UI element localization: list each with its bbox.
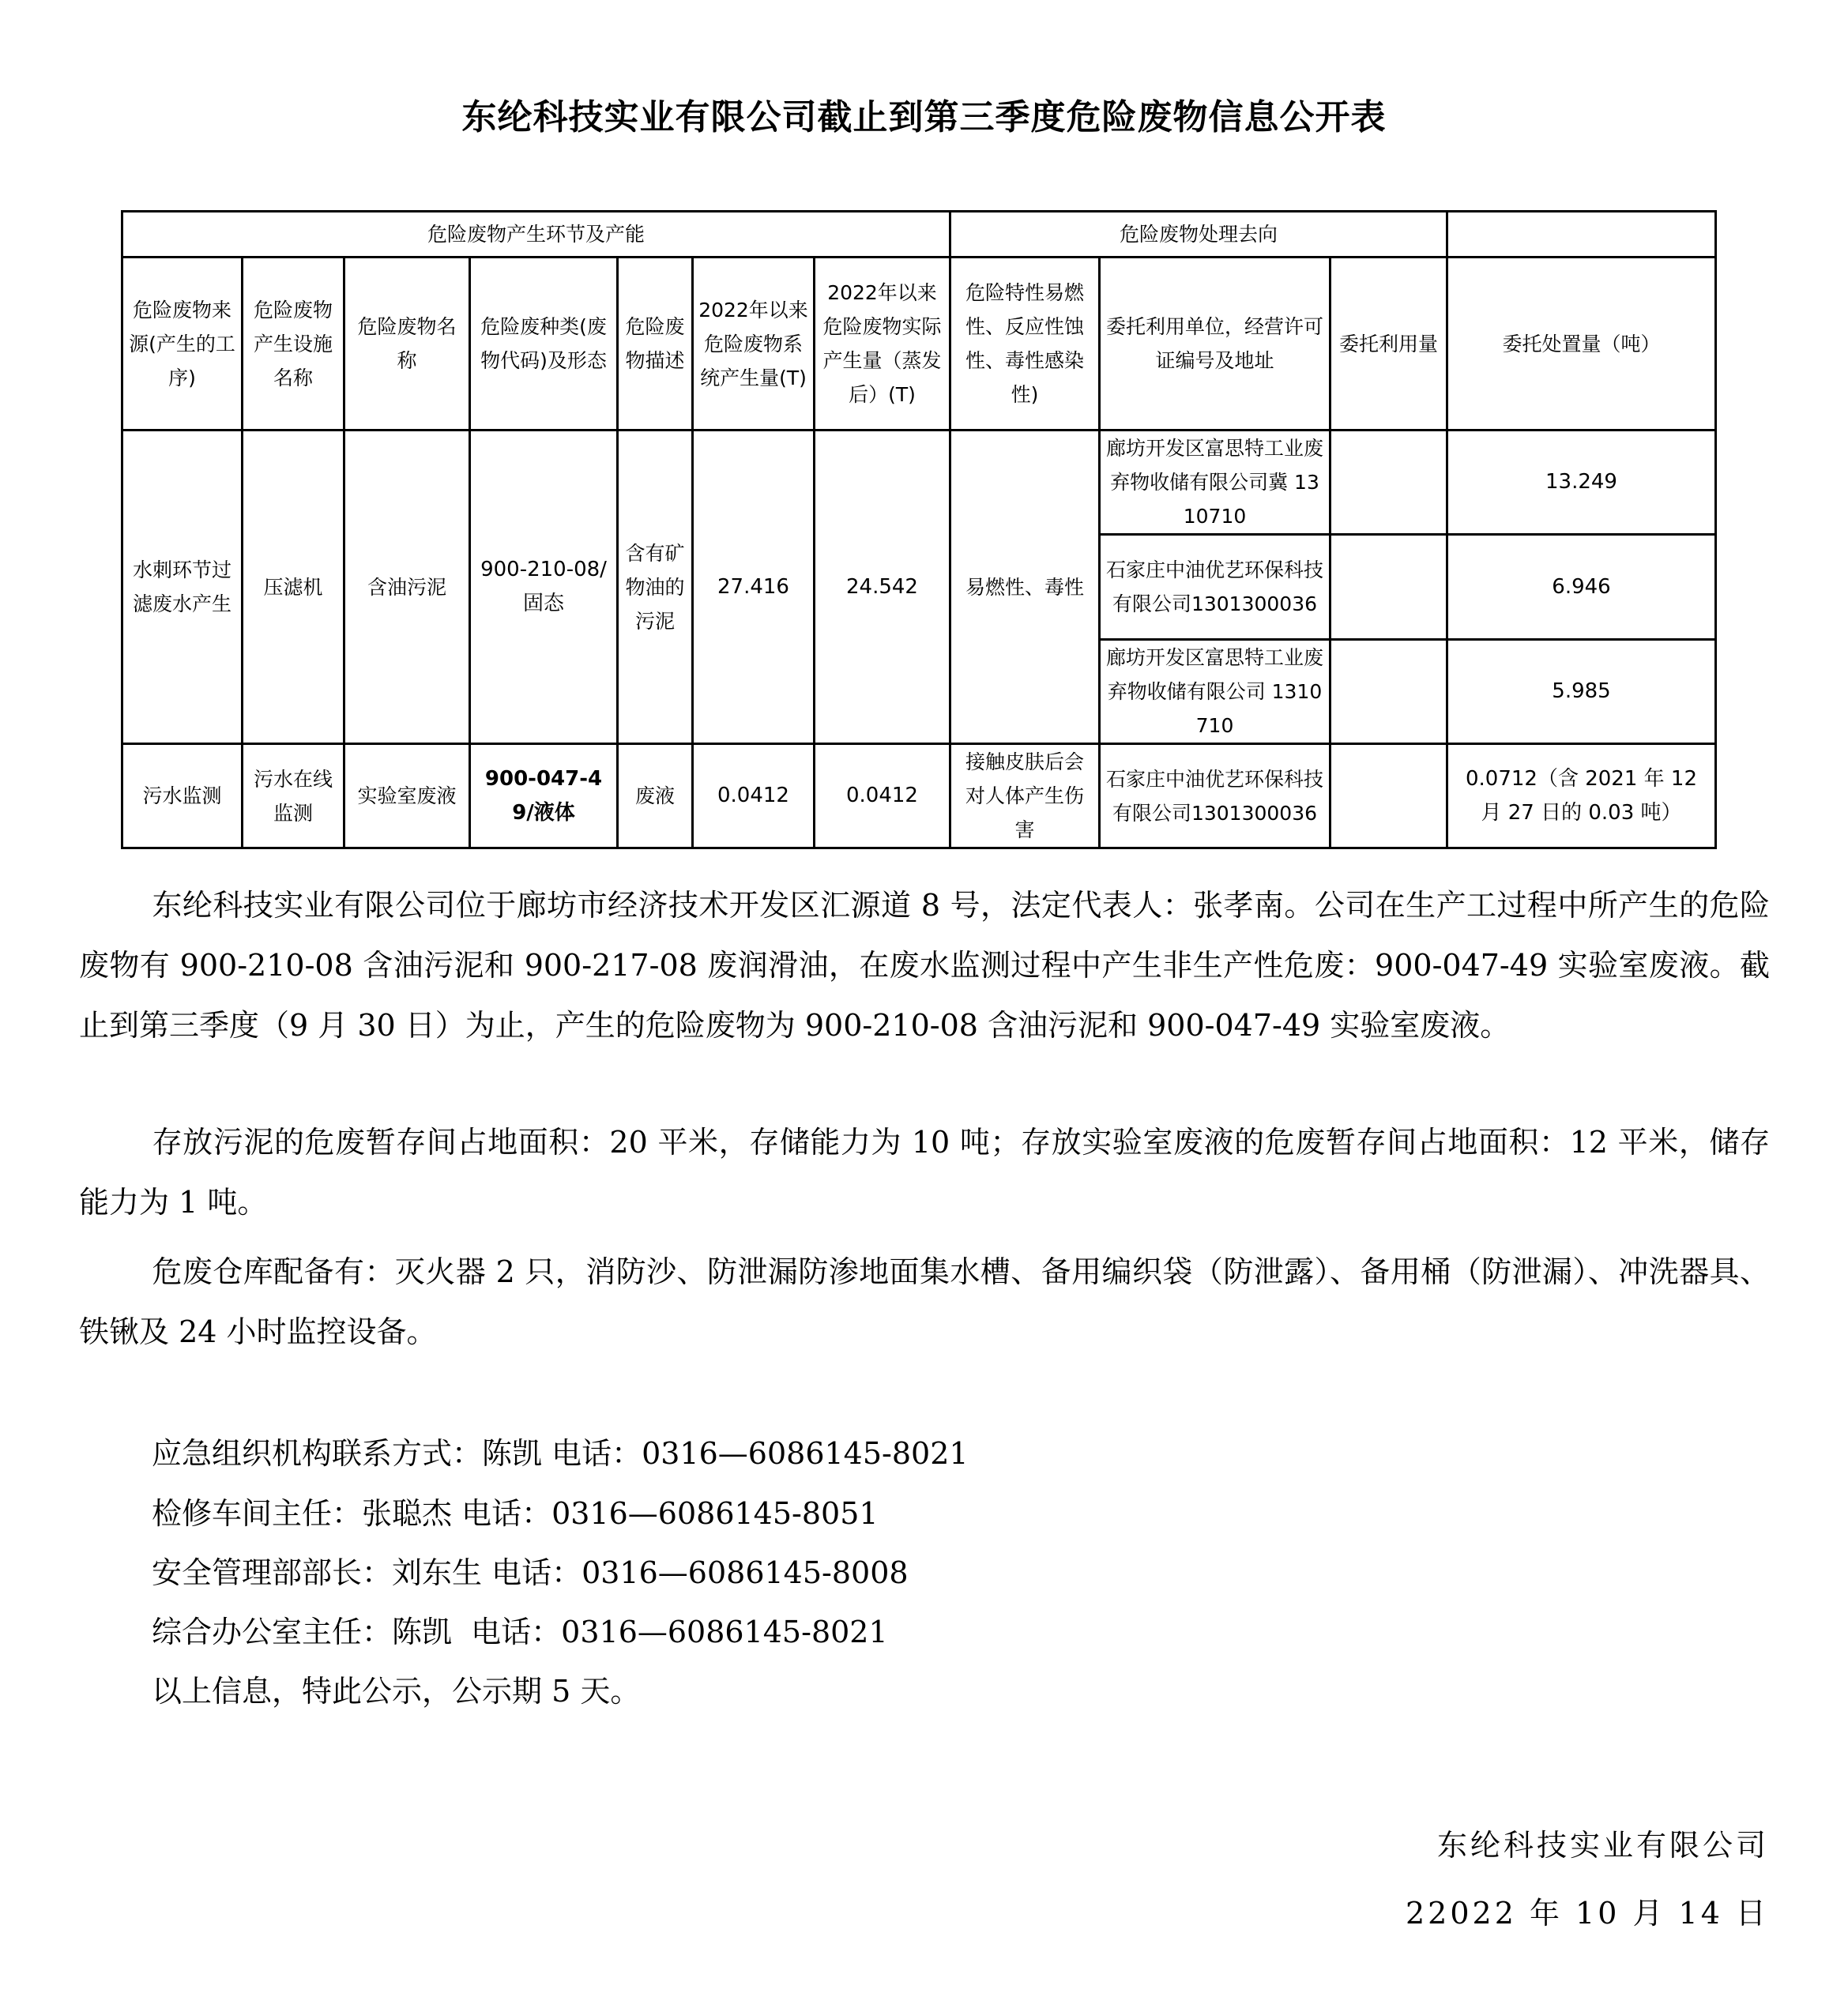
col-header-facility: 危险废物产生设施名称 [243,258,344,431]
cell-system-amount: 0.0412 [693,744,815,848]
col-header-disposal-amount: 委托处置量（吨） [1447,258,1716,431]
cell-unit: 廊坊开发区富思特工业废弃物收储有限公司冀 1310710 [1100,431,1330,535]
group-header-disposal: 危险废物处理去向 [950,212,1447,258]
col-header-utilization: 委托利用量 [1330,258,1447,431]
cell-hazard: 易燃性、毒性 [950,431,1100,744]
contact-office: 综合办公室主任：陈凯 电话：0316—6086145-8021 [152,1602,888,1662]
cell-hazard: 接触皮肤后会对人体产生伤害 [950,744,1100,848]
table-row: 污水监测 污水在线监测 实验室废液 900-047-49/液体 废液 0.041… [122,744,1716,848]
cell-disposal-amount: 5.985 [1447,640,1716,744]
cell-code-form: 900-210-08/固态 [470,431,618,744]
paragraph-text: 危废仓库配备有：灭火器 2 只，消防沙、防泄漏防渗地面集水槽、备用编织袋（防泄露… [79,1254,1770,1349]
cell-actual-amount: 0.0412 [815,744,950,848]
signature-company: 东纶科技实业有限公司 [1437,1815,1769,1875]
cell-utilization [1330,431,1447,535]
col-header-code-form: 危险废种类(废物代码)及形态 [470,258,618,431]
col-header-source: 危险废物来源(产生的工序) [122,258,243,431]
col-header-actual-amount: 2022年以来危险废物实际产生量（蒸发后）(T) [815,258,950,431]
cell-disposal-amount: 13.249 [1447,431,1716,535]
cell-unit: 廊坊开发区富思特工业废弃物收储有限公司 1310710 [1100,640,1330,744]
notice-period: 以上信息，特此公示，公示期 5 天。 [152,1661,640,1721]
paragraph-equipment: 危废仓库配备有：灭火器 2 只，消防沙、防泄漏防渗地面集水槽、备用编织袋（防泄露… [79,1242,1770,1362]
cell-actual-amount: 24.542 [815,431,950,744]
hazardous-waste-table: 危险废物产生环节及产能 危险废物处理去向 危险废物来源(产生的工序) 危险废物产… [121,210,1717,849]
cell-utilization [1330,535,1447,640]
paragraph-storage: 存放污泥的危废暂存间占地面积：20 平米，存储能力为 10 吨；存放实验室废液的… [79,1112,1770,1232]
group-header-blank [1447,212,1716,258]
contact-emergency: 应急组织机构联系方式：陈凯 电话：0316—6086145-8021 [152,1423,969,1483]
cell-facility: 污水在线监测 [243,744,344,848]
cell-code-form: 900-047-49/液体 [470,744,618,848]
group-header-row: 危险废物产生环节及产能 危险废物处理去向 [122,212,1716,258]
cell-name: 实验室废液 [344,744,470,848]
cell-system-amount: 27.416 [693,431,815,744]
cell-unit: 石家庄中油优艺环保科技有限公司1301300036 [1100,535,1330,640]
contact-safety: 安全管理部部长：刘东生 电话：0316—6086145-8008 [152,1543,909,1603]
cell-disposal-amount: 6.946 [1447,535,1716,640]
col-header-unit: 委托利用单位，经营许可证编号及地址 [1100,258,1330,431]
cell-facility: 压滤机 [243,431,344,744]
col-header-system-amount: 2022年以来危险废物系统产生量(T) [693,258,815,431]
table-row: 水刺环节过滤废水产生 压滤机 含油污泥 900-210-08/固态 含有矿物油的… [122,431,1716,535]
cell-unit: 石家庄中油优艺环保科技有限公司1301300036 [1100,744,1330,848]
paragraph-company-info: 东纶科技实业有限公司位于廊坊市经济技术开发区汇源道 8 号，法定代表人：张孝南。… [79,875,1770,1055]
page-title: 东纶科技实业有限公司截止到第三季度危险废物信息公开表 [0,88,1848,139]
cell-utilization [1330,744,1447,848]
col-header-hazard: 危险特性易燃性、反应性蚀性、毒性感染性) [950,258,1100,431]
cell-utilization [1330,640,1447,744]
group-header-generation: 危险废物产生环节及产能 [122,212,950,258]
paragraph-text: 东纶科技实业有限公司位于廊坊市经济技术开发区汇源道 8 号，法定代表人：张孝南。… [79,888,1770,1043]
cell-name: 含油污泥 [344,431,470,744]
col-header-name: 危险废物名称 [344,258,470,431]
cell-source: 水刺环节过滤废水产生 [122,431,243,744]
cell-source: 污水监测 [122,744,243,848]
cell-disposal-amount: 0.0712（含 2021 年 12 月 27 日的 0.03 吨） [1447,744,1716,848]
column-header-row: 危险废物来源(产生的工序) 危险废物产生设施名称 危险废物名称 危险废种类(废物… [122,258,1716,431]
contact-maintenance: 检修车间主任：张聪杰 电话：0316—6086145-8051 [152,1483,879,1544]
cell-description: 含有矿物油的污泥 [618,431,693,744]
signature-date: 22022 年 10 月 14 日 [1406,1883,1769,1943]
paragraph-text: 存放污泥的危废暂存间占地面积：20 平米，存储能力为 10 吨；存放实验室废液的… [79,1125,1770,1220]
col-header-description: 危险废物描述 [618,258,693,431]
cell-description: 废液 [618,744,693,848]
